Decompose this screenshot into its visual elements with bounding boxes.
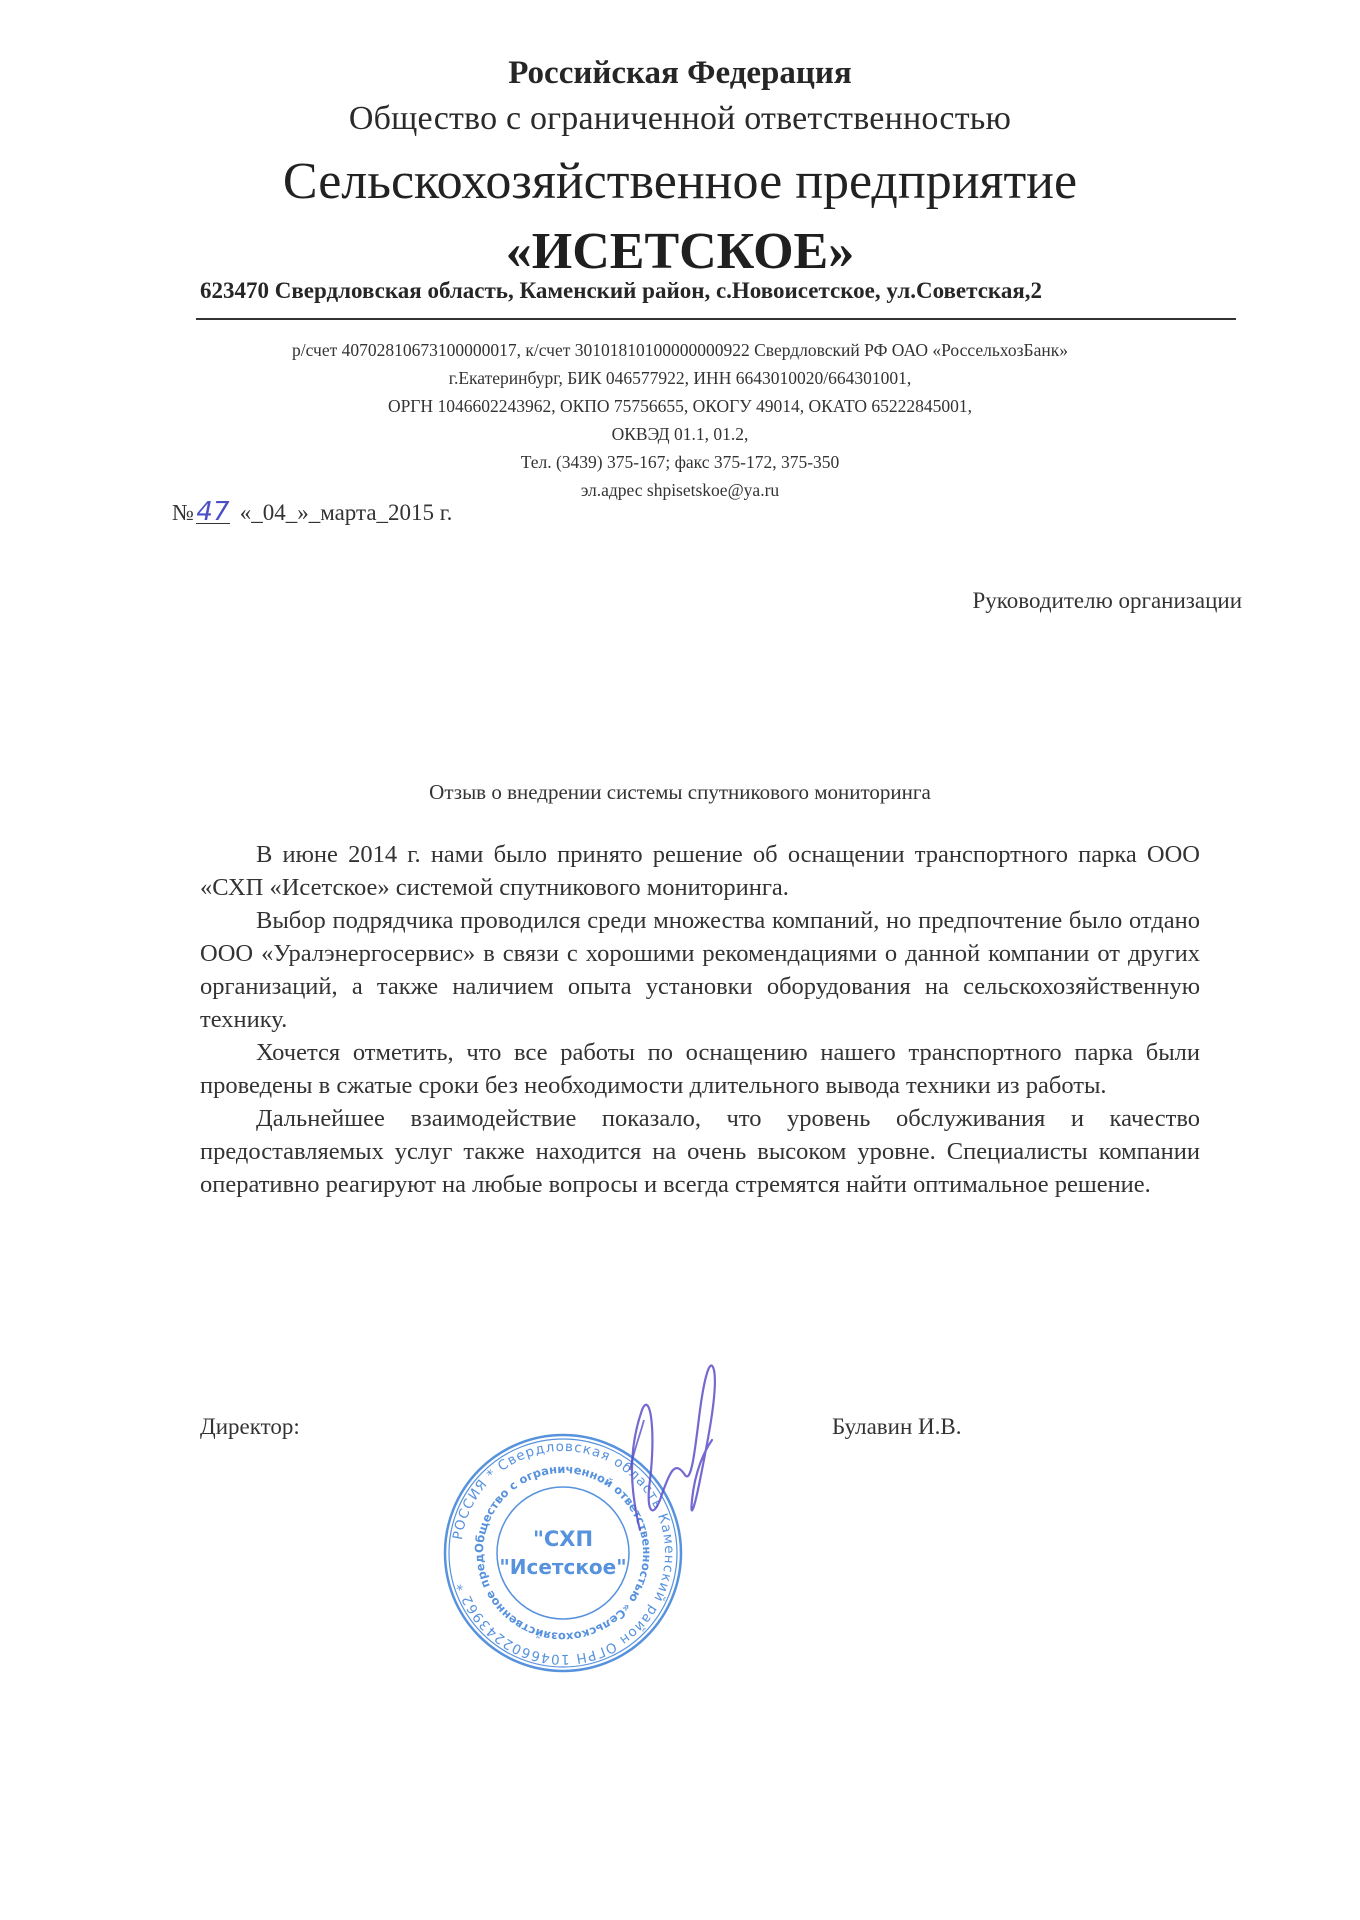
body-paragraph: В июне 2014 г. нами было принято решение… xyxy=(200,838,1200,904)
requisites-block: р/счет 40702810673100000017, к/счет 3010… xyxy=(0,336,1360,504)
letterhead-country: Российская Федерация xyxy=(0,55,1360,92)
requisites-phone: Тел. (3439) 375-167; факс 375-172, 375-3… xyxy=(0,448,1360,476)
handwritten-signature-icon xyxy=(600,1350,740,1590)
letterhead-company-type: Сельскохозяйственное предприятие xyxy=(0,152,1360,211)
requisites-bik-inn: г.Екатеринбург, БИК 046577922, ИНН 66430… xyxy=(0,364,1360,392)
reference-line: №47 «_04_»_марта_2015 г. xyxy=(172,500,452,526)
signatory-name: Булавин И.В. xyxy=(832,1414,962,1440)
requisites-ogrn-okpo: ОРГН 1046602243962, ОКПО 75756655, ОКОГУ… xyxy=(0,392,1360,420)
letter-subject: Отзыв о внедрении системы спутникового м… xyxy=(0,780,1360,805)
handwritten-number: 47 xyxy=(196,501,230,524)
letterhead-address: 623470 Свердловская область, Каменский р… xyxy=(200,278,1042,304)
reference-date: «_04_»_марта_2015 г. xyxy=(240,500,453,525)
stamp-center-line1: "СХП xyxy=(533,1527,593,1551)
body-paragraph: Выбор подрядчика проводился среди множес… xyxy=(200,904,1200,1036)
letter-body: В июне 2014 г. нами было принято решение… xyxy=(200,838,1200,1201)
requisites-okved: ОКВЭД 01.1, 01.2, xyxy=(0,420,1360,448)
letterhead-legal-form: Общество с ограниченной ответственностью xyxy=(0,100,1360,138)
body-paragraph: Дальнейшее взаимодействие показало, что … xyxy=(200,1102,1200,1201)
letterhead-divider xyxy=(196,318,1236,320)
letterhead-company-name: «ИСЕТСКОЕ» xyxy=(0,222,1360,281)
body-paragraph: Хочется отметить, что все работы по осна… xyxy=(200,1036,1200,1102)
addressee: Руководителю организации xyxy=(973,588,1243,614)
requisites-bank-accounts: р/счет 40702810673100000017, к/счет 3010… xyxy=(0,336,1360,364)
number-sign: № xyxy=(172,500,194,525)
signatory-title: Директор: xyxy=(200,1414,300,1440)
